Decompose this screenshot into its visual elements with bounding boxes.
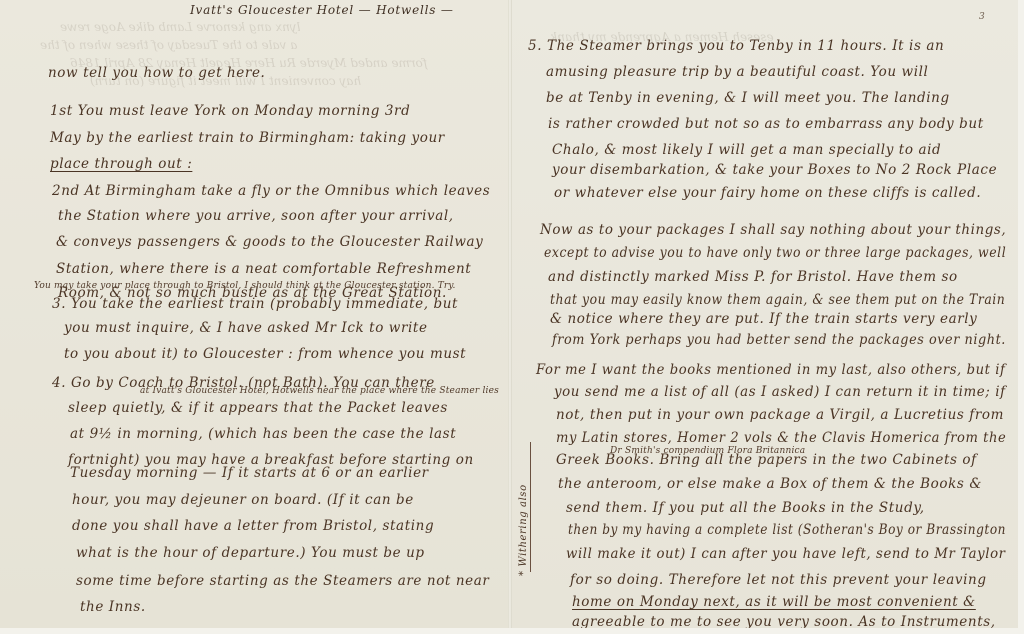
left-line: you must inquire, & I have asked Mr Ick … [64, 320, 428, 336]
letter-header: Ivatt's Gloucester Hotel — Hotwells — [190, 3, 454, 17]
margin-note: * Withering also [518, 484, 529, 576]
right-line: from York perhaps you had better send th… [552, 332, 1006, 348]
right-line: amusing pleasure trip by a beautiful coa… [546, 64, 928, 80]
right-line: be at Tenby in evening, & I will meet yo… [546, 90, 950, 106]
letter-scan: lynx ang kenorve Lamb dike Aoge rewe a v… [0, 0, 1018, 628]
right-line: Chalo, & most likely I will get a man sp… [552, 142, 941, 158]
left-line: Tuesday morning — If it starts at 6 or a… [70, 465, 429, 481]
left-line: & conveys passengers & goods to the Glou… [56, 234, 483, 250]
right-line: Now as to your packages I shall say noth… [540, 222, 1006, 238]
right-line: that you may easily know them again, & s… [550, 292, 1005, 308]
right-line: my Latin stores, Homer 2 vols & the Clav… [556, 430, 1006, 446]
left-line: done you shall have a letter from Bristo… [72, 518, 434, 534]
left-insertion: You may take your place through to Brist… [34, 281, 456, 291]
left-line: place through out : [50, 156, 192, 172]
page-fold [508, 0, 512, 628]
right-line: and distinctly marked Miss P. for Bristo… [548, 269, 958, 285]
left-line: the Station where you arrive, soon after… [58, 208, 454, 224]
right-line: except to advise you to have only two or… [544, 245, 1006, 261]
left-line: at 9½ in morning, (which has been the ca… [70, 426, 456, 442]
right-line: not, then put in your own package a Virg… [556, 407, 1004, 423]
left-line: to you about it) to Gloucester : from wh… [64, 346, 466, 362]
left-line: 3. You take the earliest train (probably… [52, 296, 458, 312]
left-insertion: at Ivatt's Gloucester Hotel, Hotwells ne… [140, 386, 499, 396]
left-line: what is the hour of departure.) You must… [76, 545, 425, 561]
right-line: the anteroom, or else make a Box of them… [558, 476, 982, 492]
right-line: or whatever else your fairy home on thes… [554, 185, 981, 201]
left-line: the Inns. [80, 599, 146, 615]
right-line: Greek Books. Bring all the papers in the… [556, 452, 977, 468]
right-line: 5. The Steamer brings you to Tenby in 11… [528, 38, 944, 54]
right-line: is rather crowded but not so as to embar… [548, 116, 984, 132]
right-line: home on Monday next, as it will be most … [572, 594, 976, 610]
right-line: for so doing. Therefore let not this pre… [570, 572, 987, 588]
margin-rule [530, 442, 531, 572]
right-line: For me I want the books mentioned in my … [536, 362, 1005, 378]
right-line: send them. If you put all the Books in t… [566, 500, 925, 516]
right-line: will make it out) I can after you have l… [566, 546, 1006, 562]
left-line: hour, you may dejeuner on board. (If it … [72, 492, 414, 508]
left-line: Station, where there is a neat comfortab… [56, 261, 471, 277]
left-line: some time before starting as the Steamer… [76, 573, 489, 589]
page-corner-mark: 3 [979, 12, 985, 22]
right-line: you send me a list of all (as I asked) I… [554, 384, 1006, 400]
right-line: your disembarkation, & take your Boxes t… [552, 162, 997, 178]
right-line: agreeable to me to see you very soon. As… [572, 614, 996, 628]
left-line: now tell you how to get here. [48, 65, 265, 81]
left-line: 1st You must leave York on Monday mornin… [50, 103, 410, 119]
left-line: 2nd At Birmingham take a fly or the Omni… [52, 183, 490, 199]
right-line: & notice where they are put. If the trai… [550, 311, 977, 327]
left-line: May by the earliest train to Birmingham:… [50, 130, 445, 146]
right-line: then by my having a complete list (Sothe… [568, 522, 1006, 538]
left-line: sleep quietly, & if it appears that the … [68, 400, 448, 416]
